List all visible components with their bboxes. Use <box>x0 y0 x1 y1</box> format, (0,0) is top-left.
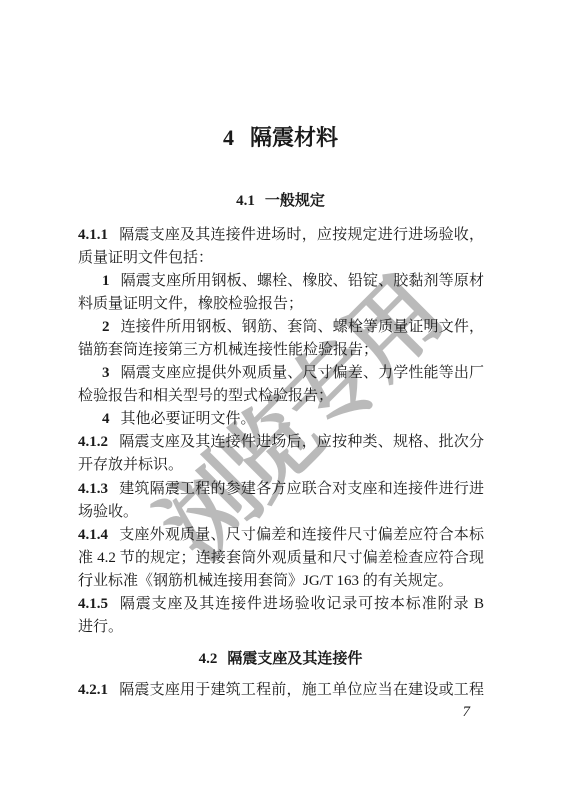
text-line: 检验报告和相关型号的型式检验报告； <box>78 385 484 408</box>
text-line: 开存放并标识。 <box>78 454 484 477</box>
item-number: 3 <box>102 365 110 381</box>
text-line: 2连接件所用钢板、钢筋、套筒、螺栓等质量证明文件， <box>78 316 484 339</box>
text-line: 质量证明文件包括： <box>78 247 484 270</box>
chapter-title: 隔震材料 <box>250 125 338 150</box>
item-number: 1 <box>102 273 110 289</box>
text-line: 4.1.2隔震支座及其连接件进场后，应按种类、规格、批次分 <box>78 431 484 454</box>
text-line: 进行。 <box>78 616 484 639</box>
page-number: 7 <box>78 704 470 721</box>
item-number: 4 <box>102 411 110 427</box>
section-number-4-2: 4.2 <box>199 651 218 667</box>
text-line: 场验收。 <box>78 501 484 524</box>
text-line: 4.1.1隔震支座及其连接件进场时，应按规定进行进场验收， <box>78 224 484 247</box>
text-line: 1隔震支座所用钢板、螺栓、橡胶、铅锭、胶黏剂等原材 <box>78 270 484 293</box>
section-heading-4-2: 4.2隔震支座及其连接件 <box>0 647 561 668</box>
section-title-4-2: 隔震支座及其连接件 <box>227 650 362 667</box>
clause-number: 4.1.4 <box>78 527 108 543</box>
text-line: 4.2.1隔震支座用于建筑工程前，施工单位应当在建设或工程 <box>78 679 484 702</box>
clause-number: 4.1.3 <box>78 481 108 497</box>
document-page: 浏览专用 4隔震材料 4.1一般规定 4.1.1隔震支座及其连接件进场时，应按规… <box>0 0 561 804</box>
clause-number: 4.1.5 <box>78 596 108 612</box>
section-number-4-1: 4.1 <box>236 193 255 209</box>
text-line: 料质量证明文件，橡胶检验报告； <box>78 293 484 316</box>
text-line: 行业标准《钢筋机械连接用套筒》JG/T 163 的有关规定。 <box>78 570 484 593</box>
chapter-number: 4 <box>223 125 234 150</box>
text-line: 4.1.4支座外观质量、尺寸偏差和连接件尺寸偏差应符合本标 <box>78 524 484 547</box>
text-line: 准 4.2 节的规定；连接套筒外观质量和尺寸偏差检查应符合现行 <box>78 547 484 570</box>
text-line: 3隔震支座应提供外观质量、尺寸偏差、力学性能等出厂 <box>78 362 484 385</box>
text-line: 锚筋套筒连接第三方机械连接性能检验报告； <box>78 339 484 362</box>
clause-number: 4.1.2 <box>78 434 108 450</box>
section-4-1-body: 4.1.1隔震支座及其连接件进场时，应按规定进行进场验收，质量证明文件包括：1隔… <box>78 224 484 639</box>
section-title-4-1: 一般规定 <box>265 192 325 209</box>
text-line: 4.1.5隔震支座及其连接件进场验收记录可按本标准附录 B <box>78 593 484 616</box>
chapter-heading: 4隔震材料 <box>0 121 561 152</box>
text-line: 4.1.3建筑隔震工程的参建各方应联合对支座和连接件进行进 <box>78 478 484 501</box>
clause-number: 4.1.1 <box>78 227 108 243</box>
section-4-2-body: 4.2.1隔震支座用于建筑工程前，施工单位应当在建设或工程 <box>78 679 484 702</box>
item-number: 2 <box>102 319 110 335</box>
text-line: 4其他必要证明文件。 <box>78 408 484 431</box>
section-heading-4-1: 4.1一般规定 <box>0 189 561 210</box>
clause-number: 4.2.1 <box>78 682 108 698</box>
